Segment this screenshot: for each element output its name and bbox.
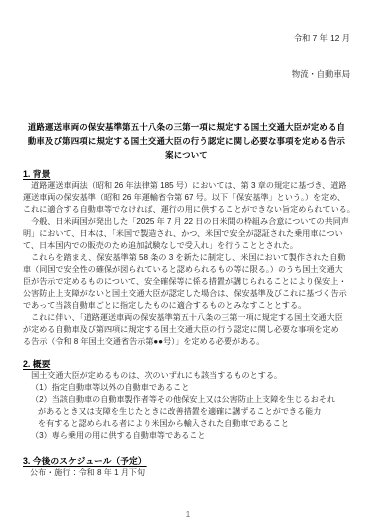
overview-intro: 国土交通大臣が定めるものは、次のいずれにも該当するものとする。: [23, 370, 350, 382]
schedule-body: 公布・施行：令和 8 年 1 月下旬: [30, 467, 350, 479]
section-overview-heading: 2. 概要: [23, 358, 350, 370]
background-paragraph-3: これらを踏まえ、保安基準第 58 条の 3 を新たに制定し、米国において製作され…: [23, 252, 350, 312]
overview-item-3: （3）専ら乗用の用に供する自動車等であること: [23, 430, 350, 442]
overview-item-2: （2）当該自動車の自動車製作者等その他保安上又は公害防止上支障を生じるおそれ が…: [23, 394, 350, 430]
document-title: 道路運送車両の保安基準第五十八条の三第一項に規定する国土交通大臣が定める自 動車…: [23, 120, 350, 162]
header-date: 令和 7 年 12 月: [23, 32, 350, 44]
background-paragraph-1: 道路運送車両法（昭和 26 年法律第 185 号）においては、第 3 章の規定に…: [23, 180, 350, 216]
document-header: 令和 7 年 12 月 物流・自動車局: [23, 8, 350, 104]
section-schedule: 3. 今後のスケジュール（予定） 公布・施行：令和 8 年 1 月下旬: [23, 455, 350, 479]
section-overview: 2. 概要 国土交通大臣が定めるものは、次のいずれにも該当するものとする。 （1…: [23, 358, 350, 442]
section-background: 1. 背景 道路運送車両法（昭和 26 年法律第 185 号）においては、第 3…: [23, 168, 350, 348]
page-number: 1: [0, 510, 376, 519]
background-paragraph-2: 今般、日米両国が発出した「2025 年 7 月 22 日の日米間の枠組み合意につ…: [23, 216, 350, 252]
overview-item-1: （1）指定自動車等以外の自動車であること: [23, 382, 350, 394]
section-background-body: 道路運送車両法（昭和 26 年法律第 185 号）においては、第 3 章の規定に…: [23, 180, 350, 348]
section-schedule-heading: 3. 今後のスケジュール（予定）: [23, 455, 350, 467]
overview-item-list: （1）指定自動車等以外の自動車であること （2）当該自動車の自動車製作者等その他…: [23, 382, 350, 442]
header-department: 物流・自動車局: [23, 68, 350, 80]
section-background-heading: 1. 背景: [23, 168, 350, 180]
document-page: 令和 7 年 12 月 物流・自動車局 道路運送車両の保安基準第五十八条の三第一…: [0, 0, 376, 526]
background-paragraph-4: これに伴い、「道路運送車両の保安基準第五十八条の三第一項に規定する国土交通大臣 …: [23, 312, 350, 348]
